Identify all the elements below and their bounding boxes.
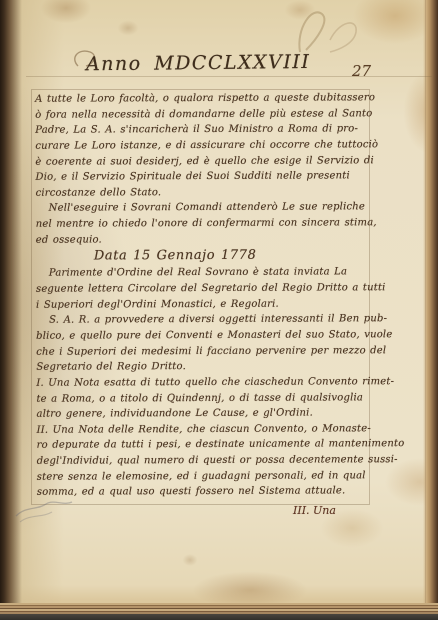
date-line: Data 15 Gennajo 1778 bbox=[36, 247, 370, 266]
manuscript-line: curare Le Loro istanze, e di assicurare … bbox=[35, 137, 369, 154]
manuscript-line: è coerente ai suoi desiderj, ed è quello… bbox=[35, 153, 369, 170]
manuscript-line: blico, e quello pure dei Conventi e Mona… bbox=[36, 327, 370, 344]
manuscript-line: ed ossequio. bbox=[36, 231, 370, 248]
catchword: III. Una bbox=[293, 504, 336, 517]
table-surface bbox=[0, 614, 438, 620]
manuscript-line: degl'Individui, qual numero di questi or… bbox=[37, 452, 371, 469]
header-rule-line bbox=[26, 76, 432, 77]
manuscript-line: altro genere, individuandone Le Cause, e… bbox=[36, 405, 370, 422]
manuscript-line: stere senza le elemosine, ed i guadagni … bbox=[37, 468, 371, 485]
manuscript-photo: Anno MDCCLXXVIII 27 A tutte le Loro faco… bbox=[0, 0, 438, 620]
manuscript-line: Parimente d'Ordine del Real Sovrano è st… bbox=[36, 265, 370, 282]
manuscript-line: i Superiori degl'Ordini Monastici, e Reg… bbox=[36, 296, 370, 313]
manuscript-line: somma, ed a qual uso questi fossero nel … bbox=[37, 484, 371, 501]
manuscript-line: Dio, e il Servizio Spirituale dei Suoi S… bbox=[35, 168, 369, 185]
manuscript-line: nel mentre io chiedo l'onore di conferma… bbox=[36, 215, 370, 232]
manuscript-line: ro depurate da tutti i pesi, e destinate… bbox=[37, 437, 371, 454]
manuscript-line: I. Una Nota esatta di tutto quello che c… bbox=[36, 374, 370, 391]
manuscript-line: seguente lettera Circolare del Segretari… bbox=[36, 280, 370, 297]
manuscript-line: Padre, La S. A. s'incaricherà il Suo Min… bbox=[35, 122, 369, 139]
manuscript-line: II. Una Nota delle Rendite, che ciascun … bbox=[37, 421, 371, 438]
manuscript-line: S. A. R. a provvedere a diversi oggetti … bbox=[36, 312, 370, 329]
manuscript-line: che i Superiori dei medesimi li facciano… bbox=[36, 343, 370, 360]
bottom-page-edges bbox=[0, 603, 438, 614]
manuscript-text-block: A tutte le Loro facoltà, o qualora rispe… bbox=[35, 90, 371, 500]
manuscript-line: te a Roma, o a titolo di Quindennj, o di… bbox=[36, 390, 370, 407]
page-title: Anno MDCCLXXVIII bbox=[86, 51, 336, 76]
manuscript-line: Segretario del Regio Dritto. bbox=[36, 359, 370, 376]
manuscript-line: ò fora nella necessità di domandarne del… bbox=[35, 106, 369, 123]
page-number: 27 bbox=[352, 62, 371, 80]
manuscript-line: Nell'eseguire i Sovrani Comandi attender… bbox=[36, 200, 370, 217]
fore-edge-pages bbox=[423, 0, 438, 610]
manuscript-line: circostanze dello Stato. bbox=[36, 184, 370, 201]
manuscript-line: A tutte le Loro facoltà, o qualora rispe… bbox=[35, 90, 369, 107]
binding-gutter bbox=[0, 0, 22, 620]
